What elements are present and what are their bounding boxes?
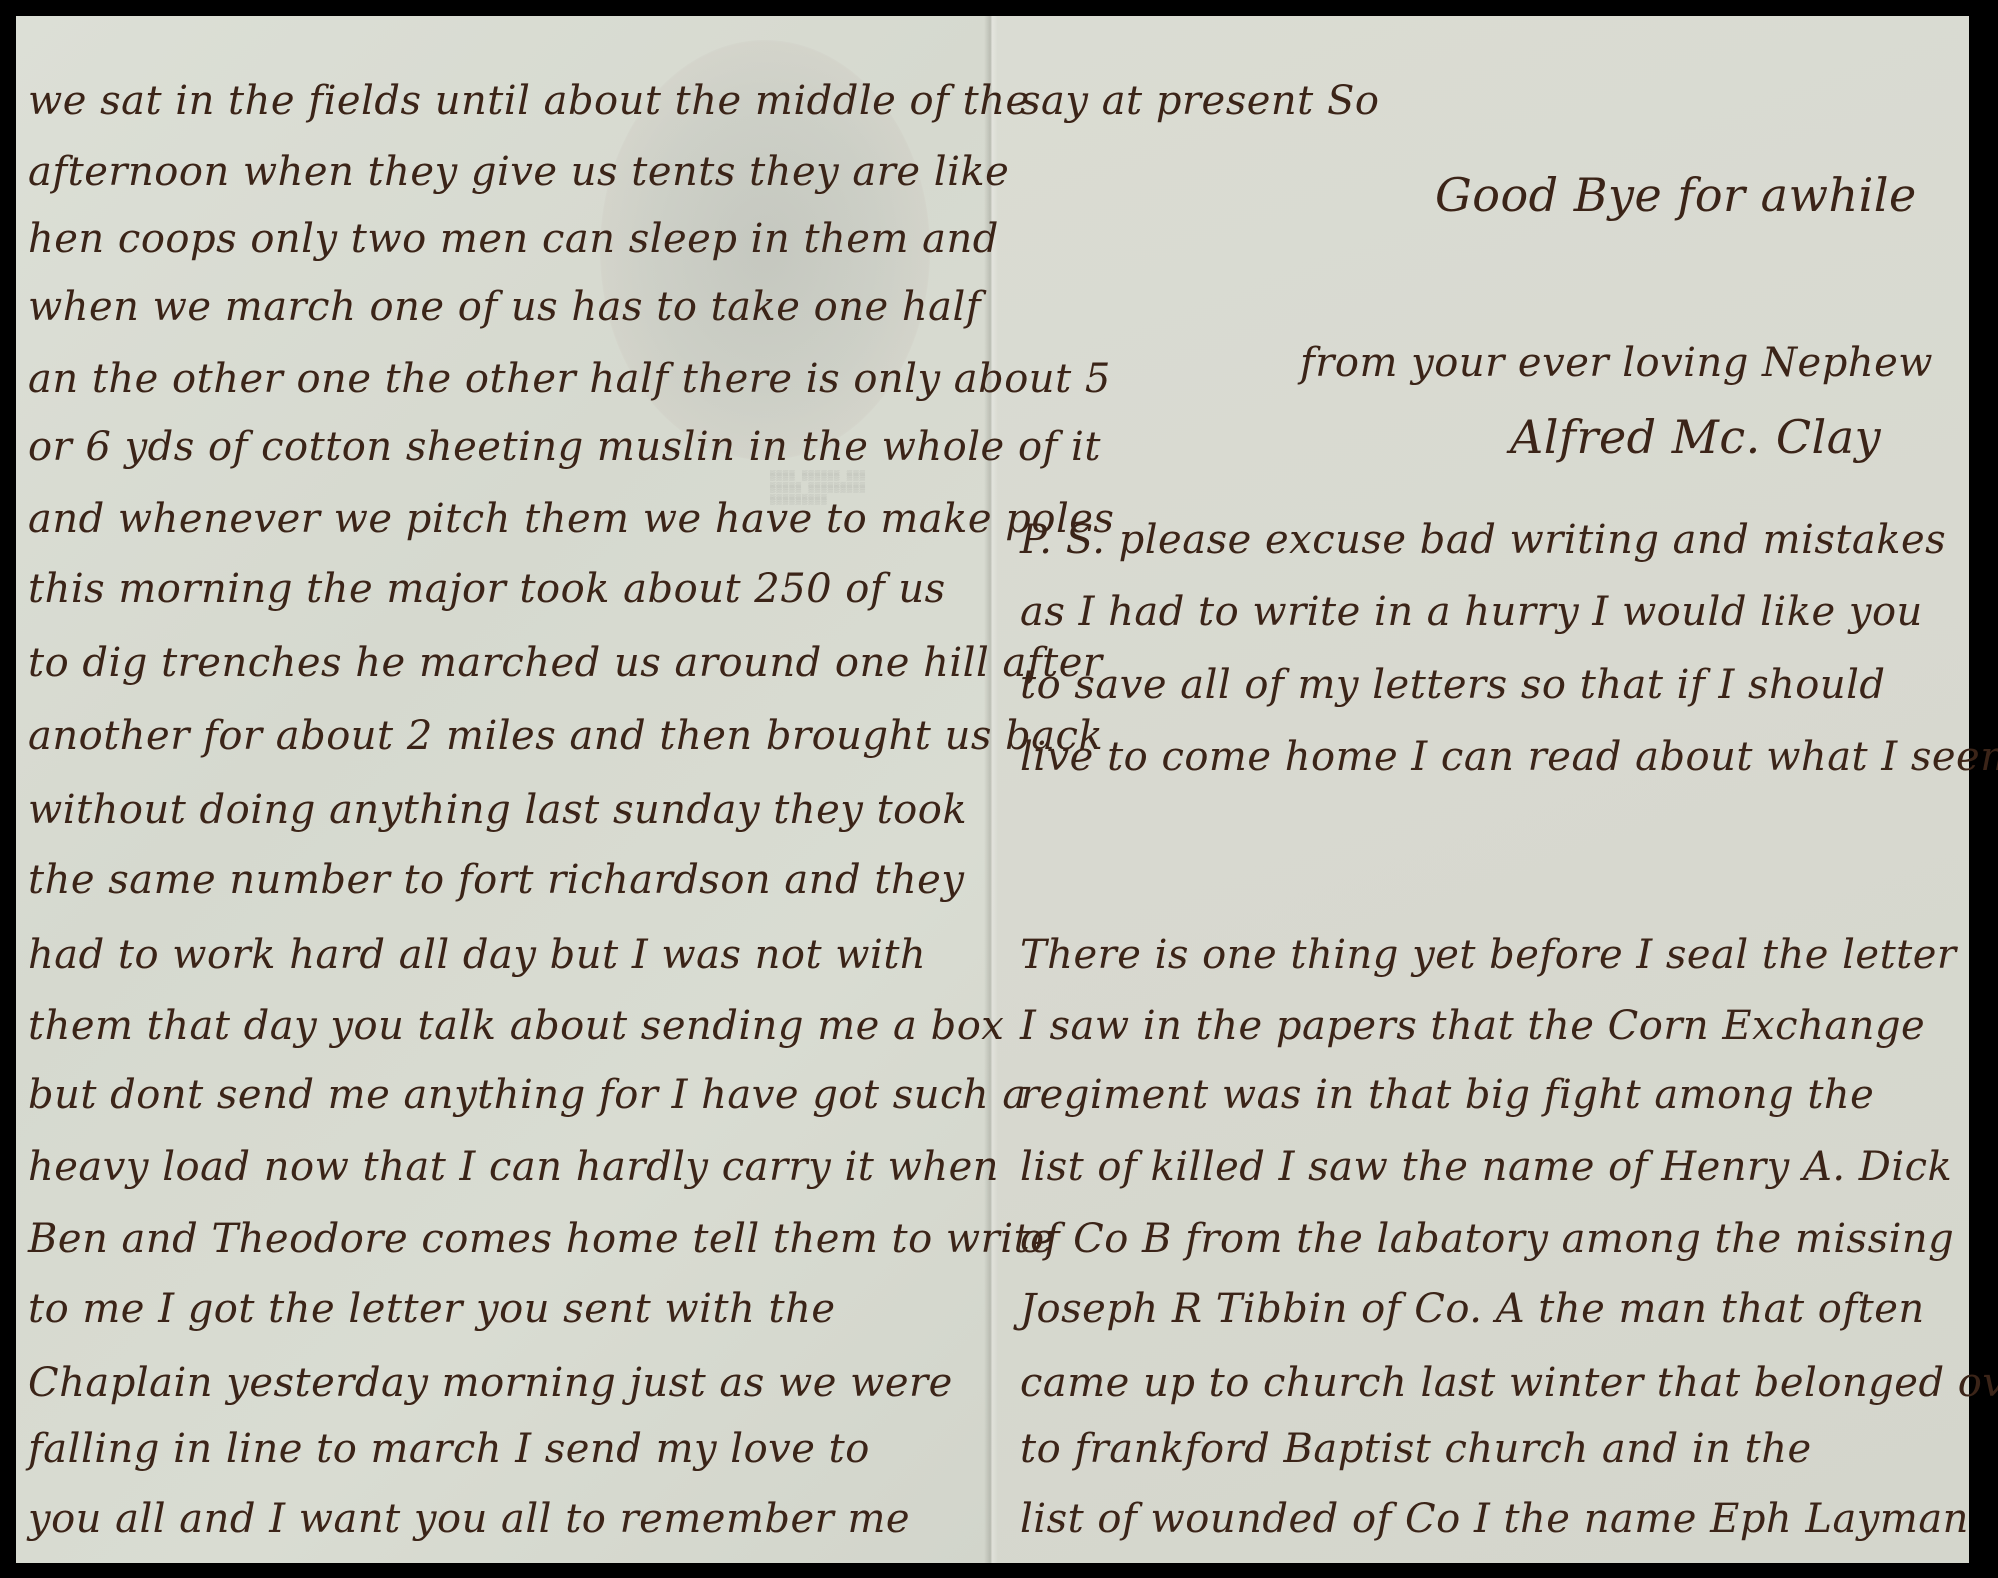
postscript-line: P. S. please excuse bad writing and mist…	[1020, 517, 1946, 563]
addendum-line: regiment was in that big fight among the	[1020, 1072, 1874, 1118]
addendum-line: of Co B from the labatory among the miss…	[1020, 1216, 1954, 1262]
text-line: we sat in the fields until about the mid…	[28, 78, 1030, 124]
addendum-line: Joseph R Tibbin of Co. A the man that of…	[1020, 1286, 1925, 1332]
postscript-line: live to come home I can read about what …	[1020, 734, 1998, 780]
text-line: the same number to fort richardson and t…	[28, 857, 964, 903]
text-line: to dig trenches he marched us around one…	[28, 640, 1103, 686]
from-line: from your ever loving Nephew	[1300, 340, 1933, 386]
signature: Alfred Mc. Clay	[1510, 410, 1881, 464]
text-line: without doing anything last sunday they …	[28, 787, 967, 833]
addendum-line: to frankford Baptist church and in the	[1020, 1426, 1812, 1472]
text-line: them that day you talk about sending me …	[28, 1003, 1004, 1049]
closing-line: say at present So	[1020, 78, 1379, 124]
addendum-line: There is one thing yet before I seal the…	[1020, 932, 1957, 978]
text-line: an the other one the other half there is…	[28, 356, 1111, 402]
text-line: heavy load now that I can hardly carry i…	[28, 1144, 999, 1190]
text-line: and whenever we pitch them we have to ma…	[28, 496, 1114, 542]
addendum-line: list of killed I saw the name of Henry A…	[1020, 1144, 1952, 1190]
postscript-line: as I had to write in a hurry I would lik…	[1020, 589, 1923, 635]
text-line: when we march one of us has to take one …	[28, 284, 981, 330]
text-line: or 6 yds of cotton sheeting muslin in th…	[28, 424, 1101, 470]
text-line: hen coops only two men can sleep in them…	[28, 216, 999, 262]
text-line: another for about 2 miles and then broug…	[28, 713, 1103, 759]
text-line: to me I got the letter you sent with the	[28, 1286, 836, 1332]
text-line: falling in line to march I send my love …	[28, 1426, 870, 1472]
text-line: had to work hard all day but I was not w…	[28, 932, 926, 978]
addendum-line: came up to church last winter that belon…	[1020, 1360, 1998, 1406]
text-line: afternoon when they give us tents they a…	[28, 149, 1009, 195]
postscript-line: to save all of my letters so that if I s…	[1020, 662, 1886, 708]
addendum-line: list of wounded of Co I the name Eph Lay…	[1020, 1496, 1969, 1542]
addendum-line: I saw in the papers that the Corn Exchan…	[1020, 1003, 1925, 1049]
text-line: Ben and Theodore comes home tell them to…	[28, 1216, 1054, 1262]
text-line: this morning the major took about 250 of…	[28, 566, 946, 612]
text-line: but dont send me anything for I have got…	[28, 1072, 1027, 1118]
text-line: you all and I want you all to remember m…	[28, 1496, 910, 1542]
text-line: Chaplain yesterday morning just as we we…	[28, 1360, 953, 1406]
good-bye-line: Good Bye for awhile	[1435, 168, 1917, 222]
